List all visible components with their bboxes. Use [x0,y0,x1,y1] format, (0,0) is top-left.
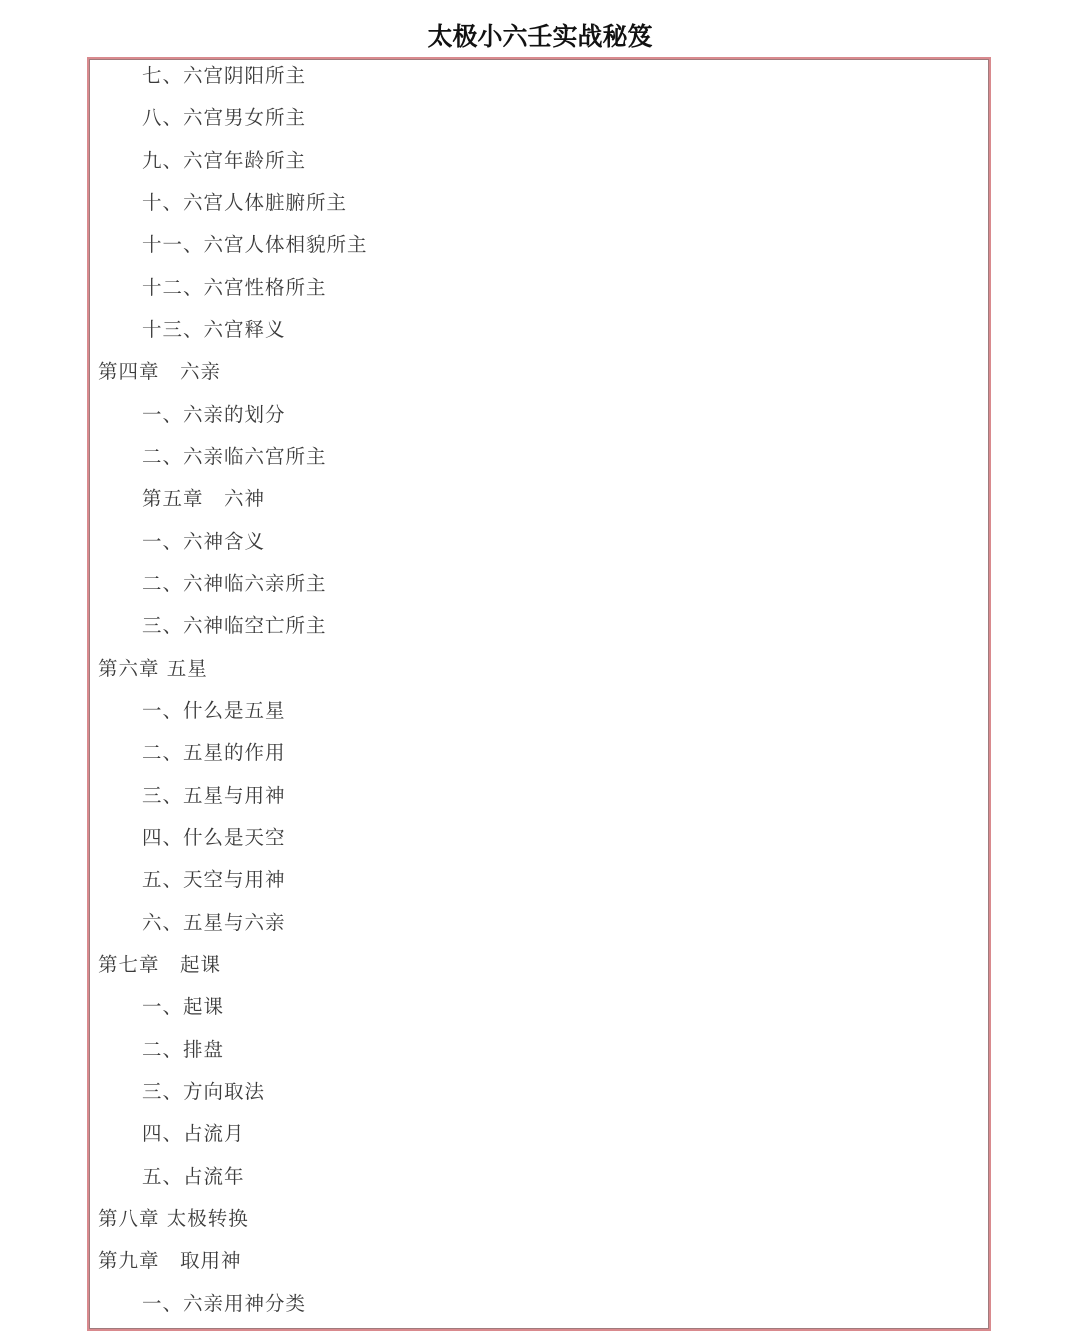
toc-item: 十二、六宫性格所主 [142,273,327,303]
toc-item: 三、方向取法 [142,1077,265,1107]
toc-item: 一、起课 [142,992,224,1022]
table-of-contents-box: 七、六宫阴阳所主 八、六宫男女所主 九、六宫年龄所主 十、六宫人体脏腑所主 十一… [87,57,991,1331]
toc-item: 二、五星的作用 [142,738,286,768]
toc-item: 一、什么是五星 [142,696,286,726]
toc-item: 五、天空与用神 [142,865,286,895]
toc-item: 一、六神含义 [142,527,265,557]
toc-chapter-heading: 第八章 太极转换 [98,1204,249,1234]
toc-item: 三、五星与用神 [142,781,286,811]
toc-item: 十、六宫人体脏腑所主 [142,188,347,218]
toc-chapter-heading: 第六章 五星 [98,654,208,684]
toc-item: 一、六亲用神分类 [142,1289,306,1319]
toc-item: 四、占流月 [142,1119,245,1149]
toc-chapter-heading: 第五章 六神 [142,484,265,514]
toc-item: 七、六宫阴阳所主 [142,61,306,91]
toc-chapter-heading: 第四章 六亲 [98,357,221,387]
toc-chapter-heading: 第九章 取用神 [98,1246,242,1276]
toc-item: 二、排盘 [142,1035,224,1065]
toc-item: 八、六宫男女所主 [142,103,306,133]
toc-item: 三、六神临空亡所主 [142,611,327,641]
toc-item: 六、五星与六亲 [142,908,286,938]
toc-item: 二、六亲临六宫所主 [142,442,327,472]
toc-item: 十一、六宫人体相貌所主 [142,230,368,260]
toc-item: 二、六神临六亲所主 [142,569,327,599]
toc-item: 一、六亲的划分 [142,400,286,430]
toc-item: 九、六宫年龄所主 [142,146,306,176]
document-title: 太极小六壬实战秘笈 [0,18,1080,56]
toc-chapter-heading: 第七章 起课 [98,950,221,980]
toc-item: 十三、六宫释义 [142,315,286,345]
toc-item: 四、什么是天空 [142,823,286,853]
toc-item: 五、占流年 [142,1162,245,1192]
